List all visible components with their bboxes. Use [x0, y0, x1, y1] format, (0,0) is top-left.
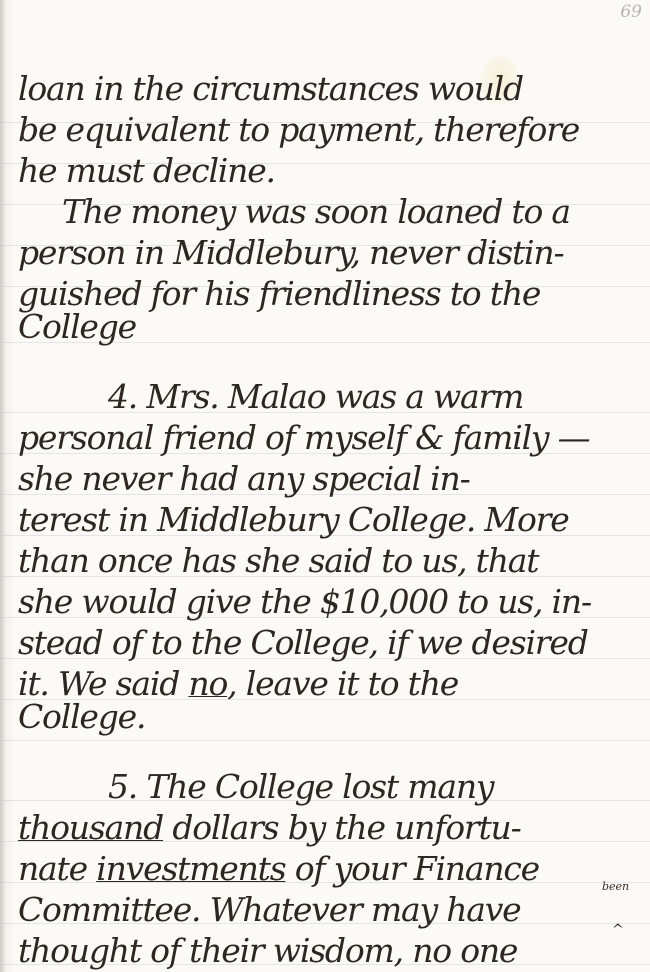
underlined-word: no	[188, 664, 227, 703]
text-line: nate investments of your Finance	[18, 852, 642, 885]
text-line: stead of to the College, if we desired	[18, 626, 642, 659]
text-line: be equivalent to payment, therefore	[18, 113, 642, 146]
text-line: guished for his friendliness to the	[18, 277, 642, 310]
text-segment: dollars by the unfortu-	[163, 808, 520, 847]
text-line: he must decline.	[18, 154, 642, 187]
text-segment: of your Finance	[285, 849, 539, 888]
section-5-heading-line: 5. The College lost many	[108, 770, 642, 803]
text-line: personal friend of myself & family —	[18, 421, 642, 454]
ruled-line	[0, 740, 650, 741]
text-line: thought of their wisdom, no one	[18, 934, 642, 967]
text-line: College.	[18, 700, 642, 733]
text-segment: nate	[18, 849, 96, 888]
text-line: she never had any special in-	[18, 462, 642, 495]
text-segment: , leave it to the	[227, 664, 458, 703]
page-number: 69	[620, 2, 642, 22]
text-line: College	[18, 310, 642, 343]
text-line: than once has she said to us, that	[18, 544, 642, 577]
manuscript-page: 69 loan in the circumstances would be eq…	[0, 0, 650, 972]
text-line: person in Middlebury, never distin-	[18, 236, 642, 269]
text-line: loan in the circumstances would	[18, 72, 642, 105]
text-line: it. We said no, leave it to the	[18, 667, 642, 700]
underlined-word: investments	[96, 849, 285, 888]
text-line: Committee. Whatever may have	[18, 893, 642, 926]
text-line: terest in Middlebury College. More	[18, 503, 642, 536]
text-line: The money was soon loaned to a	[62, 195, 642, 228]
section-4-heading-line: 4. Mrs. Malao was a warm	[108, 380, 642, 413]
text-line: thousand dollars by the unfortu-	[18, 811, 642, 844]
underlined-word: thousand	[18, 808, 163, 847]
text-line: she would give the $10,000 to us, in-	[18, 585, 642, 618]
inserted-word: been	[602, 880, 629, 893]
